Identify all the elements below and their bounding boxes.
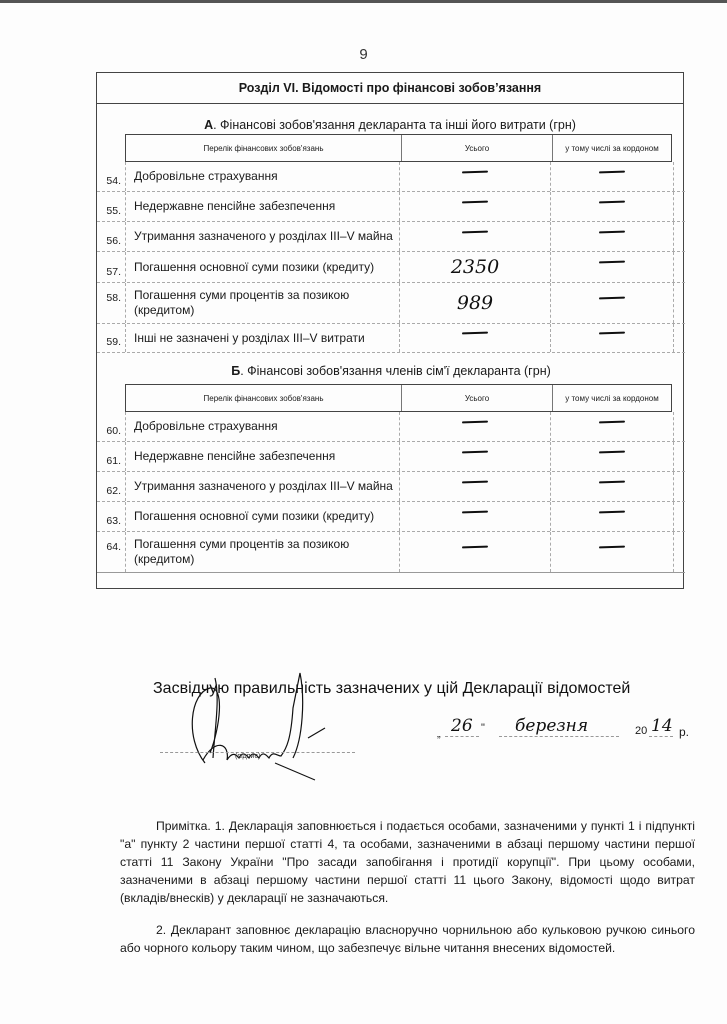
- part-b-heading: Б. Фінансові зобов'язання членів сім'ї д…: [97, 363, 685, 379]
- part-a-table-header: Перелік фінансових зобов'язань Усього у …: [125, 134, 672, 162]
- column-header-abroad: у тому числі за кордоном: [553, 385, 671, 411]
- total-value: [400, 472, 551, 501]
- row-number: 64.: [97, 532, 125, 572]
- note-2: 2. Декларант заповнює декларацію власнор…: [120, 921, 695, 957]
- dash-mark: [462, 332, 488, 335]
- table-row: 54. Добровільне страхування: [97, 162, 685, 192]
- table-row: 63. Погашення основної суми позики (кред…: [97, 502, 685, 532]
- row-label: Утримання зазначеного у розділах III–V м…: [125, 222, 400, 251]
- part-a-heading: А. Фінансові зобов'язання декларанта та …: [97, 117, 683, 133]
- table-row: 62. Утримання зазначеного у розділах III…: [97, 472, 685, 502]
- section-title: Розділ VI. Відомості про фінансові зобов…: [97, 73, 683, 104]
- dash-mark: [599, 230, 625, 233]
- row-number: 61.: [97, 442, 125, 471]
- table-row: 56. Утримання зазначеного у розділах III…: [97, 222, 685, 252]
- abroad-value: [551, 252, 674, 282]
- page-number: 9: [0, 46, 727, 63]
- abroad-value: [551, 532, 674, 572]
- row-label: Недержавне пенсійне забезпечення: [125, 442, 400, 471]
- dash-mark: [462, 546, 488, 549]
- row-label: Погашення суми процентів за позикою (кре…: [125, 283, 400, 323]
- dash-mark: [462, 170, 488, 173]
- signature-icon: [175, 668, 355, 783]
- row-label: Утримання зазначеного у розділах III–V м…: [125, 472, 400, 501]
- column-header-list: Перелік фінансових зобов'язань: [126, 385, 402, 411]
- total-value: [400, 442, 551, 471]
- part-b-title: . Фінансові зобов'язання членів сім'ї де…: [240, 364, 551, 378]
- dash-mark: [599, 170, 625, 173]
- table-row: 57. Погашення основної суми позики (кред…: [97, 252, 685, 283]
- part-b-letter: Б: [231, 364, 240, 378]
- abroad-value: [551, 162, 674, 191]
- abroad-value: [551, 192, 674, 221]
- total-value: [400, 222, 551, 251]
- date-year-unit: р.: [679, 725, 689, 739]
- note-1: Примітка. 1. Декларація заповнюється і п…: [120, 817, 695, 907]
- table-row: 55. Недержавне пенсійне забезпечення: [97, 192, 685, 222]
- dash-mark: [599, 332, 625, 335]
- row-label: Недержавне пенсійне забезпечення: [125, 192, 400, 221]
- dash-mark: [462, 420, 488, 423]
- year-underline: [649, 736, 673, 737]
- total-value: [400, 192, 551, 221]
- dash-mark: [462, 510, 488, 513]
- signature-caption: (підпис): [235, 753, 260, 760]
- row-label: Погашення суми процентів за позикою (кре…: [125, 532, 400, 572]
- dash-mark: [462, 200, 488, 203]
- part-b-table-header: Перелік фінансових зобов'язань Усього у …: [125, 384, 672, 412]
- column-header-list: Перелік фінансових зобов'язань: [126, 135, 402, 161]
- dash-mark: [599, 420, 625, 423]
- row-number: 58.: [97, 283, 125, 323]
- column-header-total: Усього: [402, 385, 553, 411]
- date-open-quote: „: [437, 728, 441, 740]
- section-vi-box: Розділ VI. Відомості про фінансові зобов…: [96, 72, 684, 589]
- total-value: 2350: [400, 252, 551, 282]
- dash-mark: [462, 480, 488, 483]
- notes: Примітка. 1. Декларація заповнюється і п…: [120, 817, 695, 971]
- scan-top-edge: [0, 0, 727, 3]
- row-number: 57.: [97, 252, 125, 282]
- table-row: 58. Погашення суми процентів за позикою …: [97, 283, 685, 324]
- row-label: Погашення основної суми позики (кредиту): [125, 252, 400, 282]
- abroad-value: [551, 502, 674, 531]
- row-number: 63.: [97, 502, 125, 531]
- abroad-value: [551, 324, 674, 352]
- day-underline: [445, 736, 479, 737]
- date-year-prefix: 20: [635, 725, 647, 737]
- total-value: [400, 502, 551, 531]
- row-number: 54.: [97, 162, 125, 191]
- row-number: 60.: [97, 412, 125, 441]
- column-header-abroad: у тому числі за кордоном: [553, 135, 671, 161]
- row-label: Добровільне страхування: [125, 162, 400, 191]
- table-row: 60. Добровільне страхування: [97, 412, 685, 442]
- date-close-quote: ": [481, 722, 485, 734]
- dash-mark: [599, 510, 625, 513]
- abroad-value: [551, 222, 674, 251]
- column-header-total: Усього: [402, 135, 553, 161]
- dash-mark: [462, 450, 488, 453]
- dash-mark: [599, 480, 625, 483]
- dash-mark: [599, 546, 625, 549]
- row-number: 62.: [97, 472, 125, 501]
- row-number: 59.: [97, 324, 125, 352]
- abroad-value: [551, 442, 674, 471]
- total-value: 989: [400, 283, 551, 323]
- row-label: Інші не зазначені у розділах III–V витра…: [125, 324, 400, 352]
- row-label: Погашення основної суми позики (кредиту): [125, 502, 400, 531]
- row-number: 55.: [97, 192, 125, 221]
- dash-mark: [599, 450, 625, 453]
- part-a-rows: 54. Добровільне страхування 55. Недержав…: [97, 162, 685, 353]
- total-value: [400, 412, 551, 441]
- date-year-suffix: 14: [651, 716, 673, 736]
- dash-mark: [599, 261, 625, 264]
- part-b-rows: 60. Добровільне страхування 61. Недержав…: [97, 412, 685, 573]
- abroad-value: [551, 412, 674, 441]
- abroad-value: [551, 283, 674, 323]
- month-underline: [499, 736, 619, 737]
- table-row: 61. Недержавне пенсійне забезпечення: [97, 442, 685, 472]
- dash-mark: [599, 297, 625, 300]
- part-a-title: . Фінансові зобов'язання декларанта та і…: [213, 118, 576, 132]
- abroad-value: [551, 472, 674, 501]
- dash-mark: [462, 230, 488, 233]
- row-number: 56.: [97, 222, 125, 251]
- total-value: [400, 532, 551, 572]
- dash-mark: [599, 200, 625, 203]
- table-row: 59. Інші не зазначені у розділах III–V в…: [97, 324, 685, 353]
- total-value: [400, 162, 551, 191]
- part-a-letter: А: [204, 118, 213, 132]
- date-day: 26: [451, 716, 473, 736]
- total-value: [400, 324, 551, 352]
- date-month: березня: [515, 716, 588, 736]
- row-label: Добровільне страхування: [125, 412, 400, 441]
- table-row: 64. Погашення суми процентів за позикою …: [97, 532, 685, 573]
